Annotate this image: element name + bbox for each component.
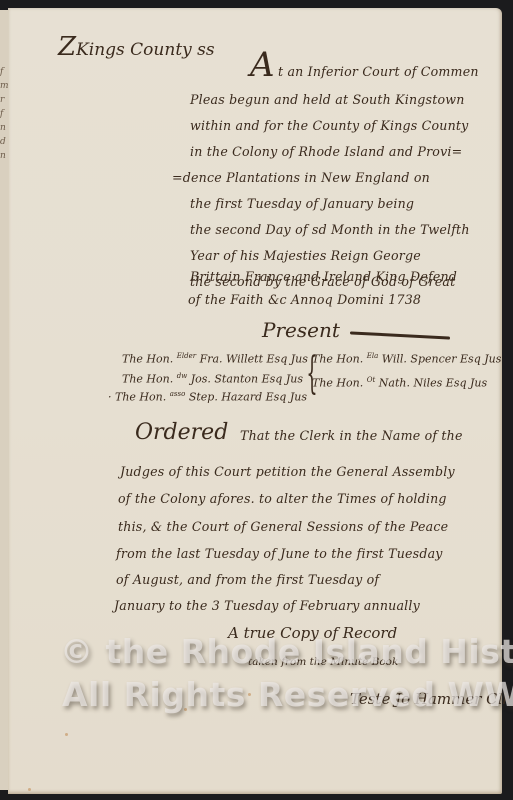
preamble-line: the first Tuesday of January being [190,196,414,211]
judge-entry: The Hon. Ela Will. Spencer Esq Jus [312,352,501,366]
preamble-line: Pleas begun and held at South Kingstown [190,92,465,107]
heading-text: Kings County ss [76,40,215,60]
judge-entry: · The Hon. asso Step. Hazard Esq Jus [108,390,307,404]
preamble-line: Year of his Majesties Reign George [190,248,421,263]
judge-entry: The Hon. dw Jos. Stanton Esq Jus [122,372,303,386]
order-line: this, & the Court of General Sessions of… [118,519,448,534]
order-line: Judges of this Court petition the Genera… [120,464,455,479]
preamble-line: in the Colony of Rhode Island and Provi= [190,144,462,159]
preamble-line: of the Faith &c Annoq Domini 1738 [188,292,421,307]
judge-entry: The Hon. Ot Nath. Niles Esq Jus [312,376,487,390]
order-line: of August, and from the first Tuesday of [116,572,379,587]
preamble-line: =dence Plantations in New England on [172,170,430,185]
county-heading: ZKings County ss [58,32,215,62]
order-line: of the Colony afores. to alter the Times… [118,491,447,506]
preamble-line: within and for the County of Kings Count… [190,118,468,133]
order-line: from the last Tuesday of June to the fir… [116,546,443,561]
present-title: Present [262,318,340,342]
preamble-initial: A [250,45,275,85]
judge-entry: The Hon. Elder Fra. Willett Esq Jus [122,352,308,366]
preamble-line: t an Inferior Court of Commen [278,64,479,79]
preamble-line: the second Day of sd Month in the Twelft… [190,222,470,237]
order-line: That the Clerk in the Name of the [240,428,463,443]
preamble-line: Brittain France and Ireland King Defend [190,269,457,284]
copyright-watermark-line1: © the Rhode Island Historica [60,632,513,671]
heading-flourish: Z [58,32,76,62]
copyright-watermark-line2: All Rights Reserved WWW.R [62,675,513,714]
order-line: January to the 3 Tuesday of February ann… [114,598,420,613]
order-initial: Ordered [135,420,228,445]
adjacent-page-marks: f m r f n d n [0,65,8,205]
